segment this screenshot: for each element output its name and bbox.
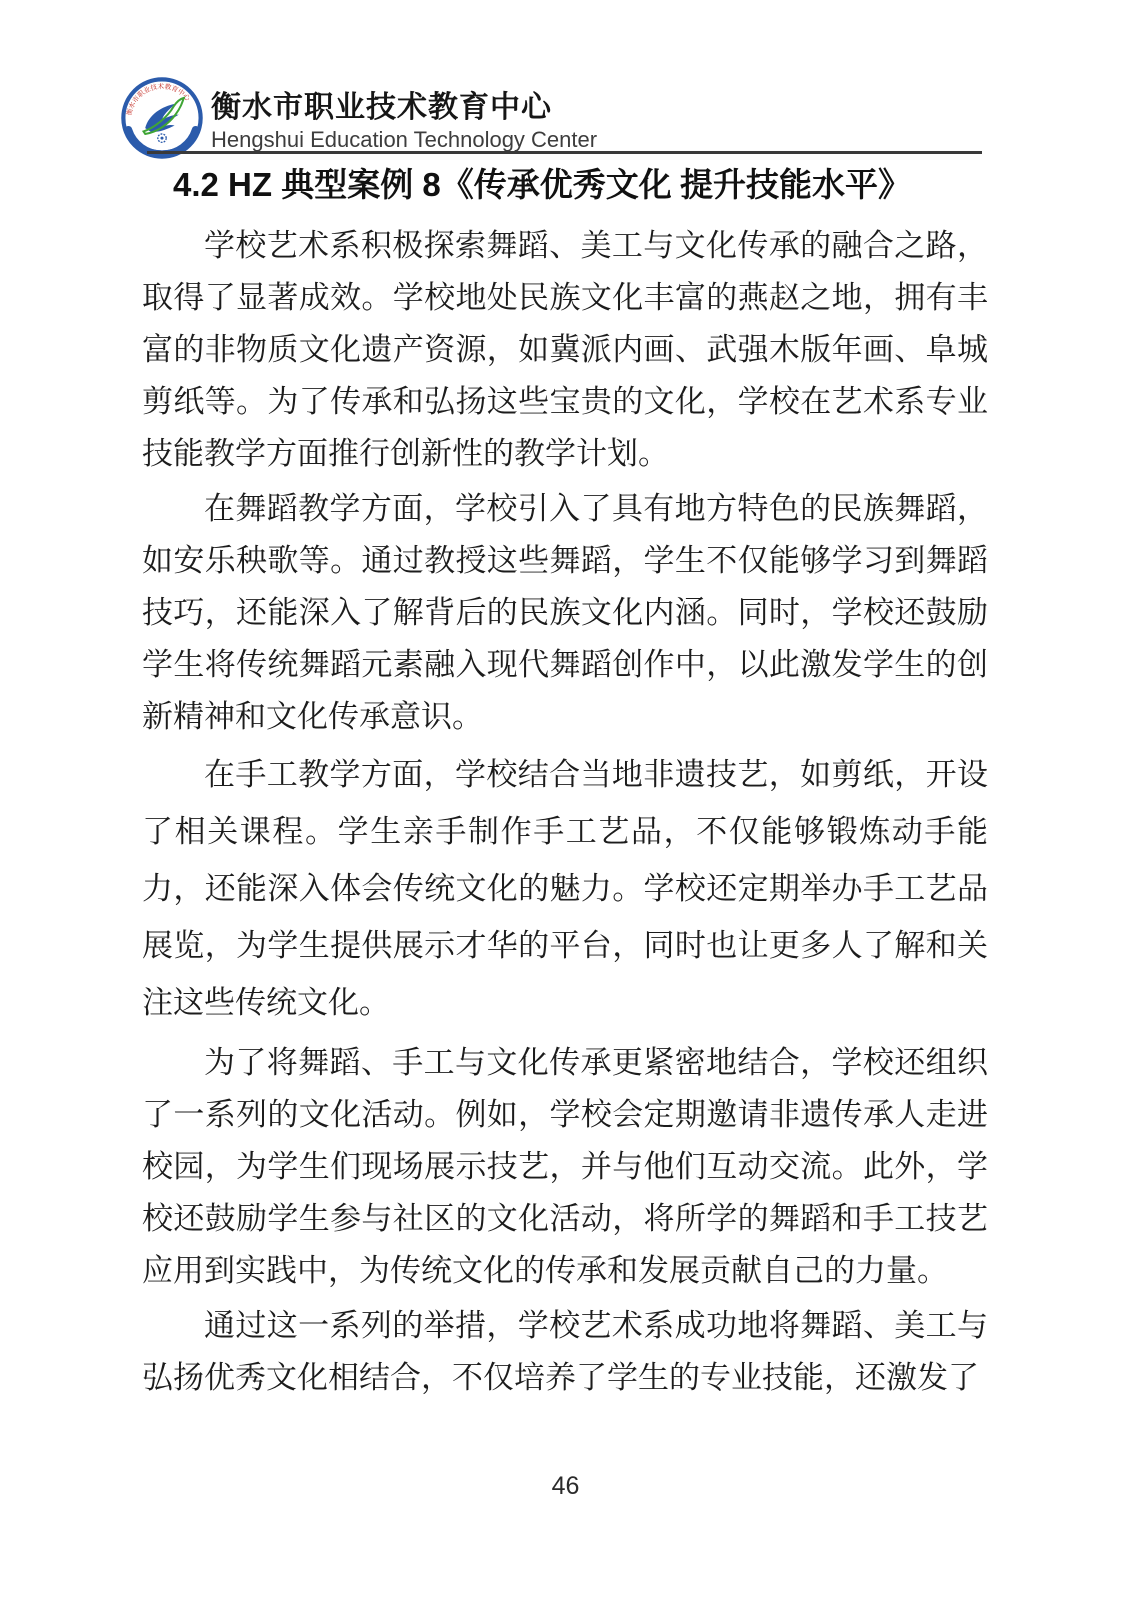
- org-name-block: 衡水市职业技术教育中心 Hengshui Education Technolog…: [211, 90, 597, 154]
- section-title: 4.2 HZ 典型案例 8《传承优秀文化 提升技能水平》: [142, 163, 942, 208]
- paragraph-3: 在手工教学方面，学校结合当地非遗技艺，如剪纸，开设了相关课程。学生亲手制作手工艺…: [142, 746, 988, 1031]
- org-name-en: Hengshui Education Technology Center: [211, 126, 597, 154]
- paragraph-4: 为了将舞蹈、手工与文化传承更紧密地结合，学校还组织了一系列的文化活动。例如，学校…: [142, 1037, 988, 1297]
- paragraph-1: 学校艺术系积极探索舞蹈、美工与文化传承的融合之路，取得了显著成效。学校地处民族文…: [142, 220, 988, 480]
- section-title-quote: 《传承优秀文化 提升技能水平》: [441, 168, 911, 204]
- org-logo-emblem-icon: 衡水市职业技术教育中心: [120, 76, 204, 160]
- document-page: 衡水市职业技术教育中心 衡水市职业技术教育中心 Hengshui Educati…: [0, 0, 1131, 1600]
- logo-gear-icon: [158, 134, 166, 142]
- org-name-zh: 衡水市职业技术教育中心: [211, 90, 597, 126]
- paragraph-2: 在舞蹈教学方面，学校引入了具有地方特色的民族舞蹈，如安乐秧歌等。通过教授这些舞蹈…: [142, 483, 988, 743]
- page-footer: 46: [0, 1472, 1131, 1501]
- paragraph-5: 通过这一系列的举措，学校艺术系成功地将舞蹈、美工与弘扬优秀文化相结合，不仅培养了…: [142, 1300, 988, 1404]
- org-logo: 衡水市职业技术教育中心: [120, 76, 204, 160]
- header-divider: [147, 151, 982, 154]
- section-title-number: 4.2 HZ 典型案例 8: [173, 166, 441, 203]
- document-body: 4.2 HZ 典型案例 8《传承优秀文化 提升技能水平》 学校艺术系积极探索舞蹈…: [142, 163, 988, 1404]
- page-number: 46: [552, 1472, 580, 1500]
